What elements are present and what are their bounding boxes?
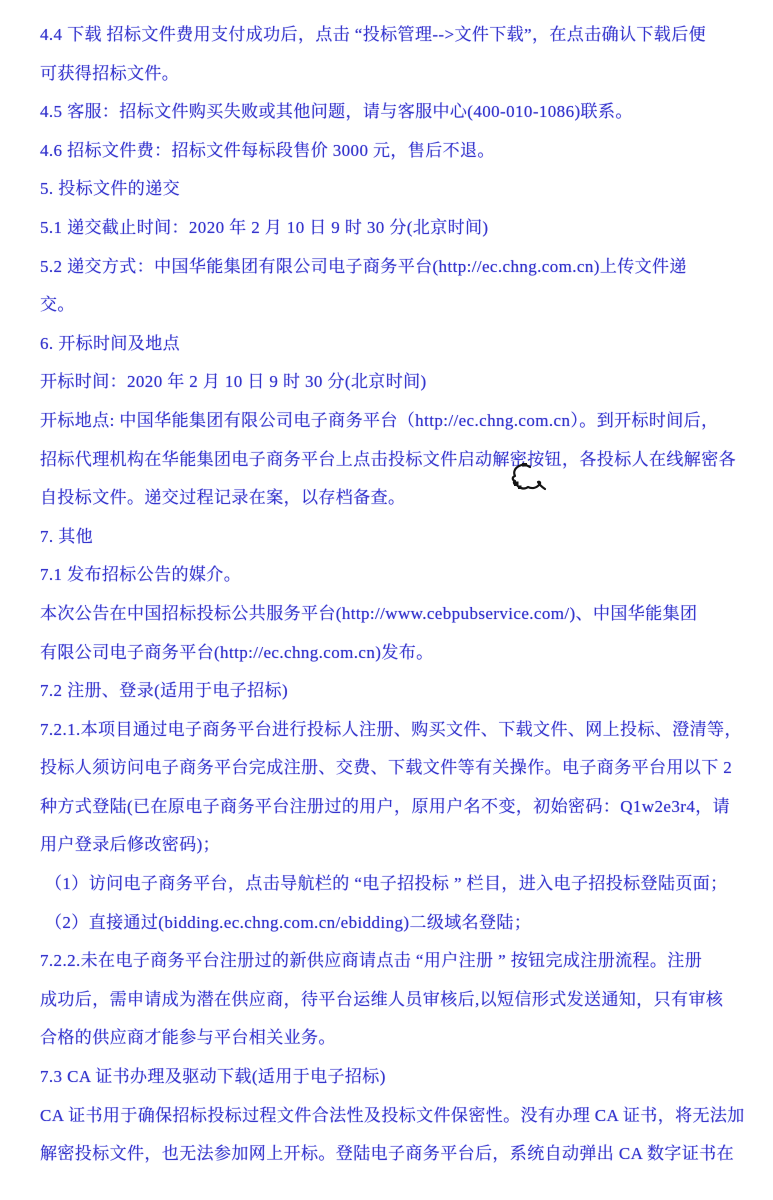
text-line: 开标地点: 中国华能集团有限公司电子商务平台（http://ec.chng.co… <box>40 402 743 441</box>
text-line: 投标人须访问电子商务平台完成注册、交费、下载文件等有关操作。电子商务平台用以下 … <box>40 749 743 788</box>
text-line: 用户登录后修改密码)； <box>40 826 743 865</box>
text-line: 4.5 客服：招标文件购买失败或其他问题，请与客服中心(400-010-1086… <box>40 93 743 132</box>
text-line: 4.6 招标文件费：招标文件每标段售价 3000 元，售后不退。 <box>40 132 743 171</box>
text-line: 合格的供应商才能参与平台相关业务。 <box>40 1019 743 1058</box>
text-line: 可获得招标文件。 <box>40 55 743 94</box>
text-line: 5.2 递交方式：中国华能集团有限公司电子商务平台(http://ec.chng… <box>40 248 743 287</box>
section-heading-line: 7. 其他 <box>40 518 743 557</box>
list-item-line: （2）直接通过(bidding.ec.chng.com.cn/ebidding)… <box>40 904 743 943</box>
text-line: 7.1 发布招标公告的媒介。 <box>40 556 743 595</box>
section-heading-line: 7.3 CA 证书办理及驱动下载(适用于电子招标) <box>40 1058 743 1097</box>
text-line: 招标代理机构在华能集团电子商务平台上点击投标文件启动解密按钮，各投标人在线解密各 <box>40 441 743 480</box>
text-line: 7.2.1.本项目通过电子商务平台进行投标人注册、购买文件、下载文件、网上投标、… <box>40 711 743 750</box>
text-line: 有限公司电子商务平台(http://ec.chng.com.cn)发布。 <box>40 634 743 673</box>
text-line: 本次公告在中国招标投标公共服务平台(http://www.cebpubservi… <box>40 595 743 634</box>
text-line: 5.1 递交截止时间：2020 年 2 月 10 日 9 时 30 分(北京时间… <box>40 209 743 248</box>
text-line: 开标时间：2020 年 2 月 10 日 9 时 30 分(北京时间) <box>40 363 743 402</box>
section-heading-line: 7.2 注册、登录(适用于电子招标) <box>40 672 743 711</box>
section-heading-line: 5. 投标文件的递交 <box>40 170 743 209</box>
text-line: 成功后，需申请成为潜在供应商，待平台运维人员审核后,以短信形式发送通知，只有审核 <box>40 981 743 1020</box>
text-line: 7.2.2.未在电子商务平台注册过的新供应商请点击 “用户注册 ” 按钮完成注册… <box>40 942 743 981</box>
list-item-line: （1）访问电子商务平台，点击导航栏的 “电子招投标 ” 栏目，进入电子招投标登陆… <box>40 865 743 904</box>
scanned-document-page: 4.4 下载 招标文件费用支付成功后，点击 “投标管理-->文件下载”，在点击确… <box>0 0 773 1200</box>
text-line: 自投标文件。递交过程记录在案，以存档备查。 <box>40 479 743 518</box>
section-heading-line: 6. 开标时间及地点 <box>40 325 743 364</box>
text-line: CA 证书用于确保招标投标过程文件合法性及投标文件保密性。没有办理 CA 证书，… <box>40 1097 743 1136</box>
text-line: 解密投标文件，也无法参加网上开标。登陆电子商务平台后，系统自动弹出 CA 数字证… <box>40 1135 743 1174</box>
text-line: 交。 <box>40 286 743 325</box>
text-line: 种方式登陆(已在原电子商务平台注册过的用户，原用户名不变，初始密码：Q1w2e3… <box>40 788 743 827</box>
text-line: 4.4 下载 招标文件费用支付成功后，点击 “投标管理-->文件下载”，在点击确… <box>40 16 743 55</box>
